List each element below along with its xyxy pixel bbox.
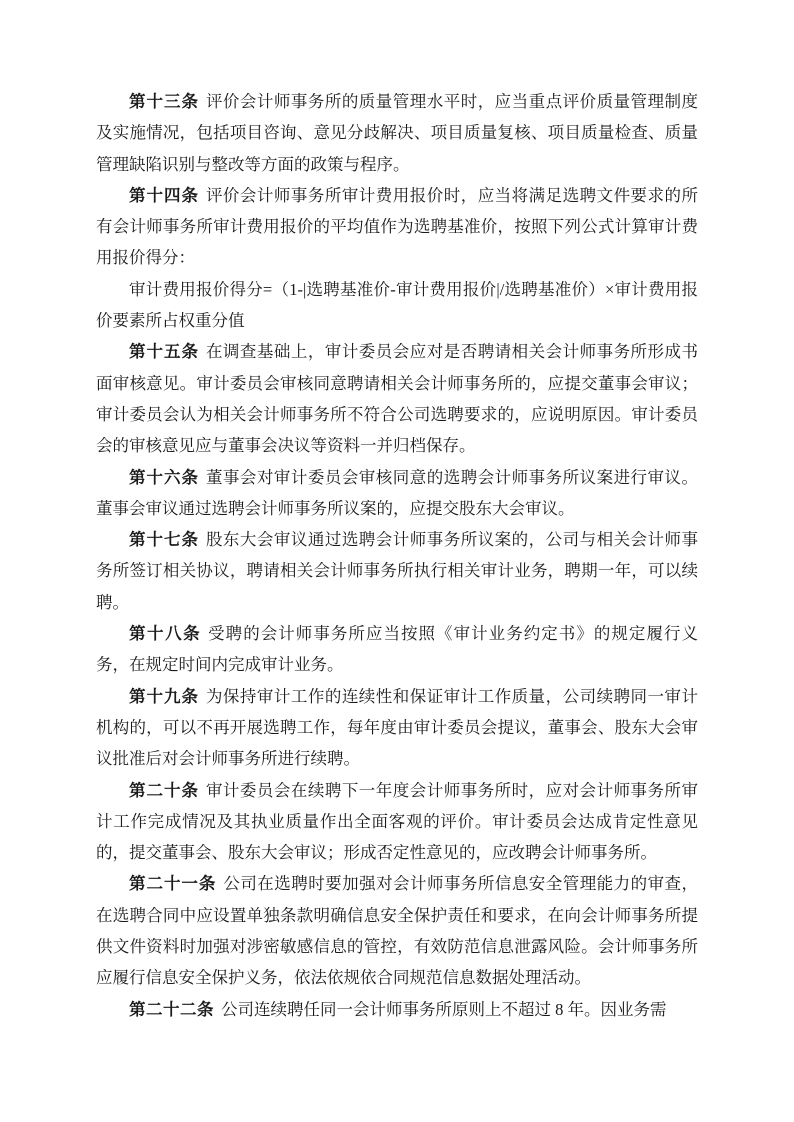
document-paragraph: 第十七条股东大会审议通过选聘会计师事务所议案的，公司与相关会计师事务所签订相关协… bbox=[96, 524, 698, 618]
article-number: 第二十条 bbox=[129, 781, 199, 800]
document-paragraph: 第十九条为保持审计工作的连续性和保证审计工作质量，公司续聘同一审计机构的，可以不… bbox=[96, 681, 698, 775]
document-paragraph: 第二十条审计委员会在续聘下一年度会计师事务所时，应对会计师事务所审计工作完成情况… bbox=[96, 775, 698, 869]
article-number: 第十七条 bbox=[129, 530, 199, 549]
article-text: 公司连续聘任同一会计师事务所原则上不超过 8 年。因业务需 bbox=[221, 1000, 667, 1019]
article-number: 第二十二条 bbox=[129, 1000, 214, 1019]
document-paragraph: 第二十一条公司在选聘时要加强对会计师事务所信息安全管理能力的审查，在选聘合同中应… bbox=[96, 868, 698, 993]
article-number: 第十八条 bbox=[129, 624, 201, 643]
article-number: 第十九条 bbox=[129, 687, 199, 706]
document-paragraph: 第十八条受聘的会计师事务所应当按照《审计业务约定书》的规定履行义务，在规定时间内… bbox=[96, 618, 698, 681]
document-paragraph: 第十六条董事会对审计委员会审核同意的选聘会计师事务所议案进行审议。董事会审议通过… bbox=[96, 462, 698, 525]
document-body: 第十三条评价会计师事务所的质量管理水平时，应当重点评价质量管理制度及实施情况，包… bbox=[96, 86, 698, 1025]
article-text: 审计费用报价得分=（1-|选聘基准价-审计费用报价|/选聘基准价）×审计费用报价… bbox=[96, 280, 698, 330]
article-number: 第十三条 bbox=[129, 92, 199, 111]
document-page: 第十三条评价会计师事务所的质量管理水平时，应当重点评价质量管理制度及实施情况，包… bbox=[0, 0, 794, 1122]
document-paragraph: 审计费用报价得分=（1-|选聘基准价-审计费用报价|/选聘基准价）×审计费用报价… bbox=[96, 274, 698, 337]
article-number: 第十四条 bbox=[129, 186, 199, 205]
article-number: 第二十一条 bbox=[129, 874, 216, 893]
article-number: 第十六条 bbox=[129, 468, 199, 487]
document-paragraph: 第十三条评价会计师事务所的质量管理水平时，应当重点评价质量管理制度及实施情况，包… bbox=[96, 86, 698, 180]
article-number: 第十五条 bbox=[129, 342, 199, 361]
document-paragraph: 第十五条在调查基础上，审计委员会应对是否聘请相关会计师事务所形成书面审核意见。审… bbox=[96, 336, 698, 461]
document-paragraph: 第二十二条公司连续聘任同一会计师事务所原则上不超过 8 年。因业务需 bbox=[96, 994, 698, 1025]
document-paragraph: 第十四条评价会计师事务所审计费用报价时，应当将满足选聘文件要求的所有会计师事务所… bbox=[96, 180, 698, 274]
